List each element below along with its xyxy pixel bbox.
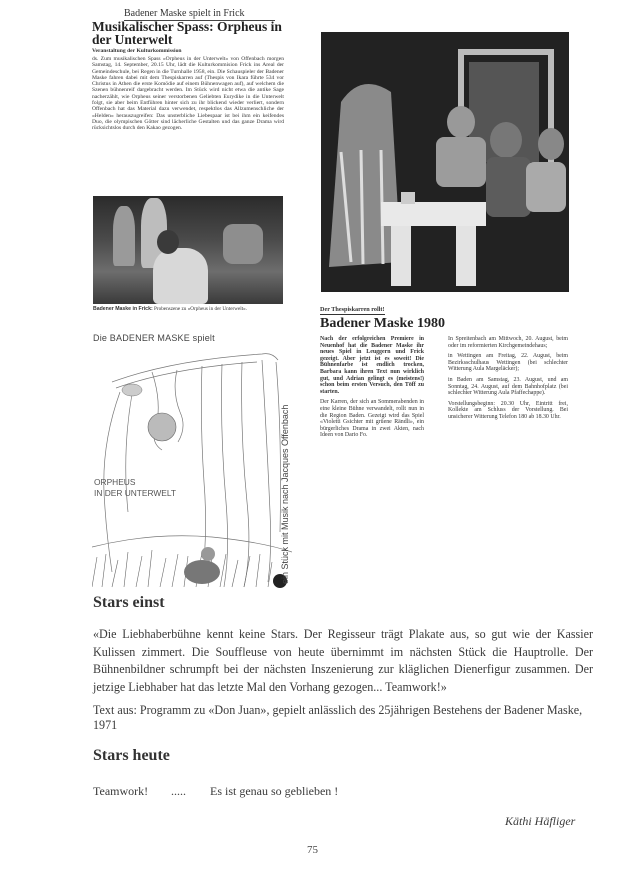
ellipsis-dots: ..... bbox=[171, 784, 186, 799]
heading-stars-heute: Stars heute bbox=[93, 747, 170, 765]
thespiskarren-photo bbox=[321, 32, 569, 292]
teamwork-text: Teamwork! bbox=[93, 784, 148, 799]
poster-title: ORPHEUS IN DER UNTERWELT bbox=[94, 477, 176, 499]
clipping-subtitle: Veranstaltung der Kulturkommission bbox=[92, 48, 182, 54]
source-paragraph: Text aus: Programm zu «Don Juan», gepiel… bbox=[93, 703, 593, 733]
photo-caption-bold: Badener Maske in Frick: bbox=[93, 306, 153, 312]
poster-title-line1: ORPHEUS bbox=[94, 477, 176, 488]
page-number: 75 bbox=[307, 844, 318, 856]
clipping2-headline: Badener Maske 1980 bbox=[320, 316, 445, 332]
poster-top-line: Die BADENER MASKE spielt bbox=[93, 333, 215, 343]
conclusion-text: Es ist genau so geblieben ! bbox=[210, 784, 338, 799]
clipping2-column-2: In Spreitenbach am Mittwoch, 20. August,… bbox=[448, 336, 568, 425]
quote-paragraph: «Die Liebhaberbühne kennt keine Stars. D… bbox=[93, 626, 593, 696]
clipping2-paragraph: Vorstellungsbeginn: 20.30 Uhr, Eintritt … bbox=[448, 401, 568, 421]
clipping2-paragraph: Nach der erfolgreichen Premiere in Neuen… bbox=[320, 336, 424, 395]
poster-title-line2: IN DER UNTERWELT bbox=[94, 488, 176, 499]
clipping2-paragraph: Der Karren, der sich an Sommerabenden in… bbox=[320, 399, 424, 439]
orpheus-poster-illustration bbox=[92, 332, 292, 594]
clipping2-column-1: Nach der erfolgreichen Premiere in Neuen… bbox=[320, 336, 424, 443]
rehearsal-photo bbox=[93, 196, 283, 304]
photo-caption: Badener Maske in Frick: Probenszene zu «… bbox=[93, 306, 283, 312]
clipping2-paragraph: in Wettingen am Freitag, 22. August, bei… bbox=[448, 353, 568, 373]
author-signature: Käthi Häfliger bbox=[505, 814, 575, 829]
poster-vertical-text: ein Stück mit Musik nach Jacques Offenba… bbox=[280, 405, 290, 584]
photo-caption-text: Probenszene zu «Orpheus in der Unterwelt… bbox=[153, 306, 247, 312]
clipping2-paragraph: In Spreitenbach am Mittwoch, 20. August,… bbox=[448, 336, 568, 349]
clipping-body: ds. Zum musikalischen Spass «Orpheus in … bbox=[92, 56, 284, 132]
clipping2-paragraph: in Baden am Samstag, 23. August, und am … bbox=[448, 377, 568, 397]
clipping2-kicker: Der Thespiskarren rollt! bbox=[320, 306, 385, 315]
heading-stars-einst: Stars einst bbox=[93, 594, 165, 612]
clipping-headline: Musikalischer Spass: Orpheus in der Unte… bbox=[92, 20, 292, 46]
